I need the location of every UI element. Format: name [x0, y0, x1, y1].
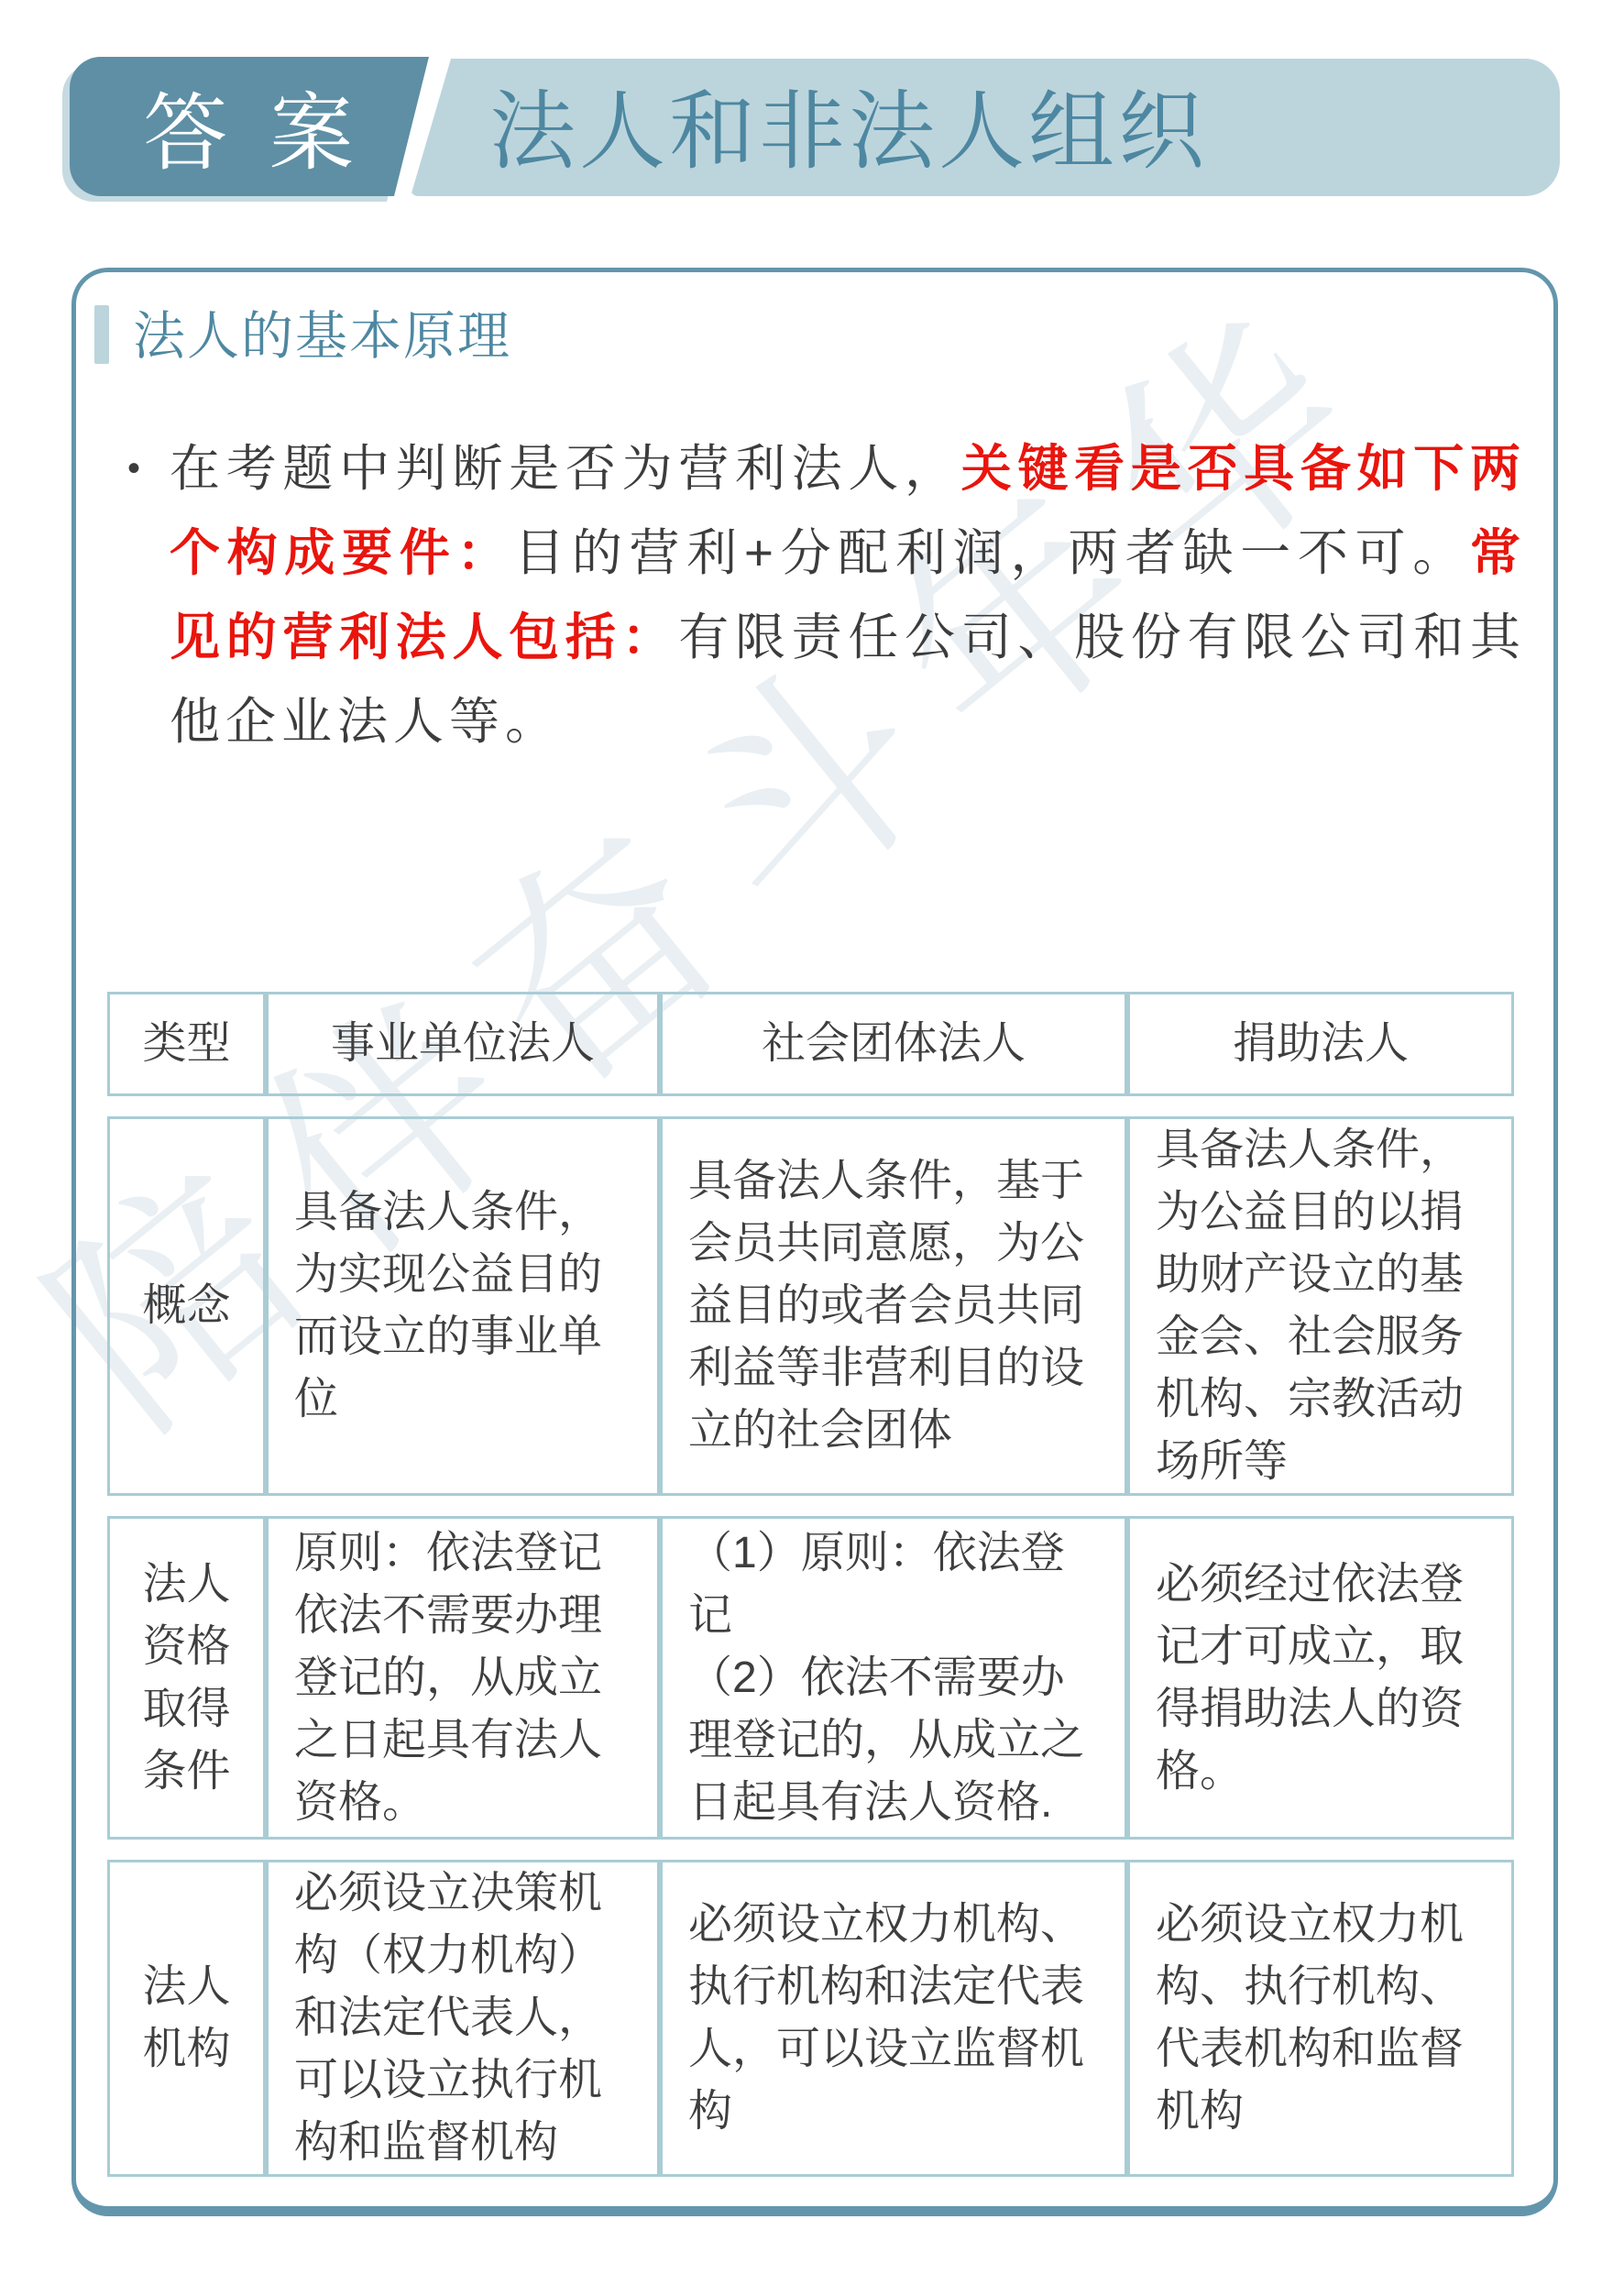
table-cell: （1）原则：依法登记 （2）依法不需要办理登记的，从成立之日起具有法人资格.: [660, 1516, 1127, 1840]
table-cell: 具备法人条件，基于会员共同意愿，为公益目的或者会员共同利益等非营利目的设立的社会…: [660, 1116, 1127, 1496]
table-row: 概念 具备法人条件，为实现公益目的而设立的事业单位 具备法人条件，基于会员共同意…: [107, 1116, 1514, 1496]
row-label-organs: 法人机构: [107, 1860, 266, 2177]
table-row: 法人机构 必须设立决策机构（权力机构）和法定代表人，可以设立执行机构和监督机构 …: [107, 1860, 1514, 2177]
table-header-row: 类型 事业单位法人 社会团体法人 捐助法人: [107, 992, 1514, 1096]
column-header-donation: 捐助法人: [1127, 992, 1514, 1096]
table-row: 法人资格取得条件 原则：依法登记 依法不需要办理登记的，从成立之日起具有法人资格…: [107, 1516, 1514, 1840]
intro-paragraph-text: 在考题中判断是否为营利法人，关键看是否具备如下两个构成要件：目的营利+分配利润，…: [170, 426, 1526, 763]
section-title: 法人的基本原理: [133, 294, 511, 369]
column-header-association: 社会团体法人: [660, 992, 1127, 1096]
legal-person-table: 类型 事业单位法人 社会团体法人 捐助法人 概念 具备法人条件，为实现公益目的而…: [107, 972, 1514, 2197]
answer-badge-label: 答 案: [136, 66, 363, 187]
column-header-type: 类型: [107, 992, 266, 1096]
table-cell: 原则：依法登记 依法不需要办理登记的，从成立之日起具有法人资格。: [266, 1516, 660, 1840]
title-banner: 法人和非法人组织: [411, 59, 1560, 196]
paragraph-segment: 在考题中判断是否为营利法人，: [170, 440, 961, 497]
section-accent-bar: [94, 305, 109, 364]
intro-paragraph: • 在考题中判断是否为营利法人，关键看是否具备如下两个构成要件：目的营利+分配利…: [98, 426, 1526, 763]
table-cell: 必须设立决策机构（权力机构）和法定代表人，可以设立执行机构和监督机构: [266, 1860, 660, 2177]
page-title: 法人和非法人组织: [489, 61, 1208, 185]
row-label-concept: 概念: [107, 1116, 266, 1496]
table-cell: 必须设立权力机构、执行机构和法定代表人，可以设立监督机构: [660, 1860, 1127, 2177]
content-card: 法人的基本原理 • 在考题中判断是否为营利法人，关键看是否具备如下两个构成要件：…: [71, 268, 1558, 2216]
row-label-qualification: 法人资格取得条件: [107, 1516, 266, 1840]
table-cell: 必须经过依法登记才可成立，取得捐助法人的资格。: [1127, 1516, 1514, 1840]
bullet-icon: •: [98, 426, 170, 763]
column-header-institution: 事业单位法人: [266, 992, 660, 1096]
answer-badge: 答 案: [70, 57, 429, 196]
paragraph-segment: 目的营利+分配利润，两者缺一不可。: [514, 524, 1470, 581]
answer-sheet-page: 陪伴奋斗年华 答 案 法人和非法人组织 法人的基本原理 • 在考题中判断是否为营…: [0, 0, 1624, 2274]
table-cell: 具备法人条件，为实现公益目的而设立的事业单位: [266, 1116, 660, 1496]
table-cell: 必须设立权力机构、执行机构、代表机构和监督机构: [1127, 1860, 1514, 2177]
table-cell: 具备法人条件，为公益目的以捐助财产设立的基金会、社会服务机构、宗教活动场所等: [1127, 1116, 1514, 1496]
